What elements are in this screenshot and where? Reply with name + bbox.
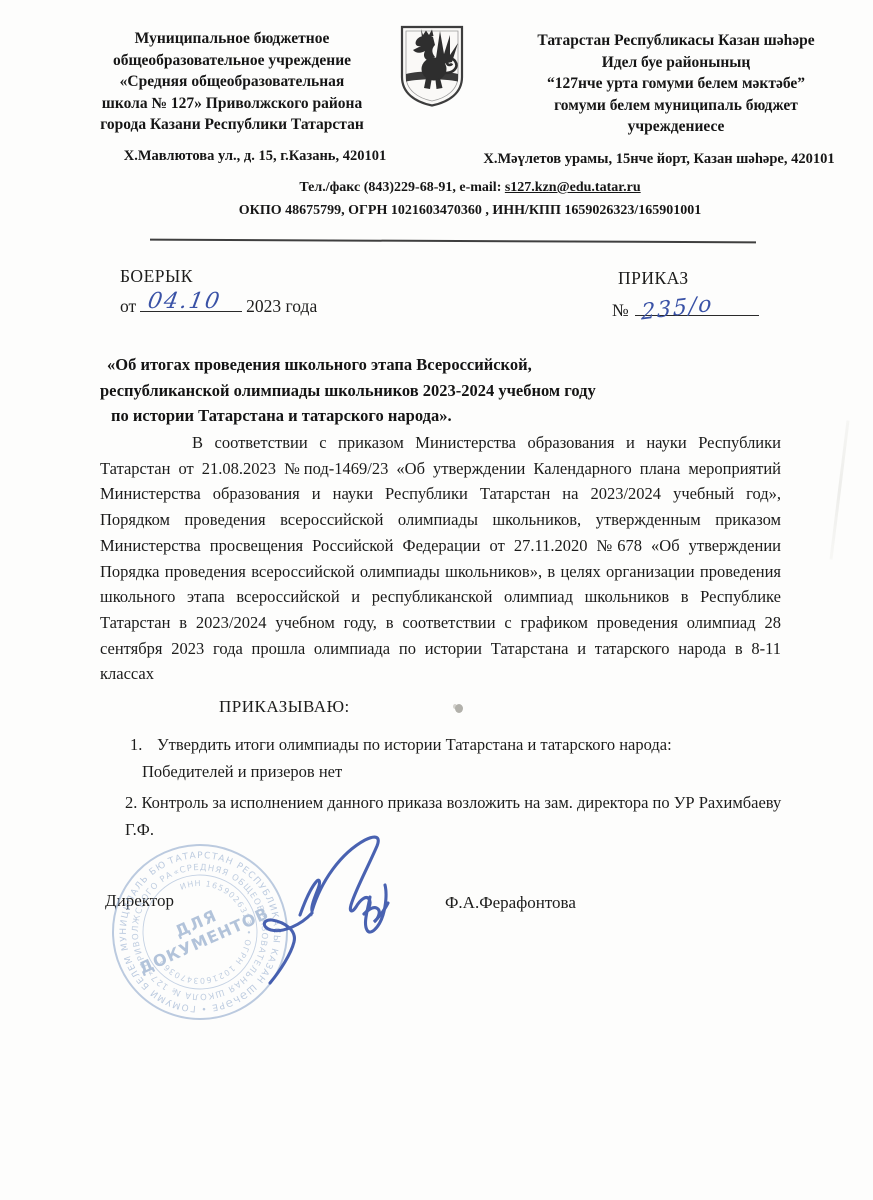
header-divider-line (150, 239, 756, 244)
org-ru-line: города Казани Республики Татарстан (66, 114, 398, 136)
handwritten-date: 04.10 (146, 289, 223, 314)
contact-line: Тел./факс (843)229-68-91, e-mail: s127.k… (170, 180, 770, 196)
date-blank-line: 04.10 (140, 293, 242, 312)
org-ru-line: «Средняя общеобразовательная (66, 71, 398, 93)
org-tt-line: Татарстан Республикасы Казан шәһәре (486, 30, 866, 52)
scan-crease-artifact (829, 420, 849, 559)
item-text: Контроль за исполнением данного приказа … (125, 793, 781, 839)
item-text: Утвердить итоги олимпиады по истории Тат… (157, 735, 672, 754)
registration-codes-line: ОКПО 48675799, ОГРН 1021603470360 , ИНН/… (170, 203, 770, 219)
date-prefix: от (120, 296, 136, 316)
item-number: 2. (125, 793, 137, 812)
kazan-coat-of-arms-icon (399, 24, 465, 108)
item-number: 1. (130, 735, 157, 755)
number-sign: № (612, 300, 629, 320)
org-ru-line: Муниципальное бюджетное (66, 28, 398, 50)
order-body-paragraph: В соответствии с приказом Министерства о… (100, 430, 781, 687)
scanned-order-document: Муниципальное бюджетное общеобразователь… (0, 0, 873, 1200)
phone-fax-label: Тел./факс (843)229-68-91, e-mail: (299, 180, 505, 195)
decree-item-2: 2. Контроль за исполнением данного прика… (125, 789, 797, 843)
organization-name-tatar: Татарстан Республикасы Казан шәһәре Идел… (486, 30, 866, 138)
order-title-line: «Об итогах проведения школьного этапа Вс… (100, 352, 768, 378)
order-title-line: республиканской олимпиады школьников 202… (100, 378, 768, 404)
org-tt-line: гомуми белем муниципаль бюджет (486, 95, 866, 117)
order-label-russian: ПРИКАЗ (618, 268, 689, 289)
resolution-word: ПРИКАЗЫВАЮ: (219, 697, 350, 717)
signer-name: Ф.А.Ферафонтова (445, 893, 576, 913)
org-ru-line: школа № 127» Приволжского района (66, 93, 398, 115)
order-date-line: от04.102023 года (120, 293, 317, 317)
order-number-line: №235/о (612, 297, 759, 321)
order-label-tatar: БОЕРЫК (120, 266, 193, 287)
decree-item-1: 1.Утвердить итоги олимпиады по истории Т… (130, 735, 810, 755)
number-blank-line: 235/о (635, 297, 759, 316)
org-tt-line: Идел буе районының (486, 52, 866, 74)
order-title-line: по истории Татарстана и татарского народ… (100, 403, 768, 429)
decree-item-1-subtext: Победителей и призеров нет (142, 762, 342, 782)
address-tatar: Х.Мәүлетов урамы, 15нче йорт, Казан шәһә… (452, 151, 866, 168)
date-suffix: 2023 года (246, 296, 317, 316)
ink-spot-artifact (455, 704, 463, 713)
email-address: s127.kzn@edu.tatar.ru (505, 180, 641, 195)
handwritten-order-number: 235/о (641, 291, 714, 325)
organization-name-russian: Муниципальное бюджетное общеобразователь… (66, 28, 398, 136)
order-title: «Об итогах проведения школьного этапа Вс… (100, 352, 768, 429)
org-ru-line: общеобразовательное учреждение (66, 50, 398, 72)
org-tt-line: “127нче урта гомуми белем мәктәбе” (486, 73, 866, 95)
org-tt-line: учреждениесе (486, 116, 866, 138)
director-handwritten-signature (253, 833, 415, 995)
address-russian: Х.Мавлютова ул., д. 15, г.Казань, 420101 (90, 148, 420, 165)
